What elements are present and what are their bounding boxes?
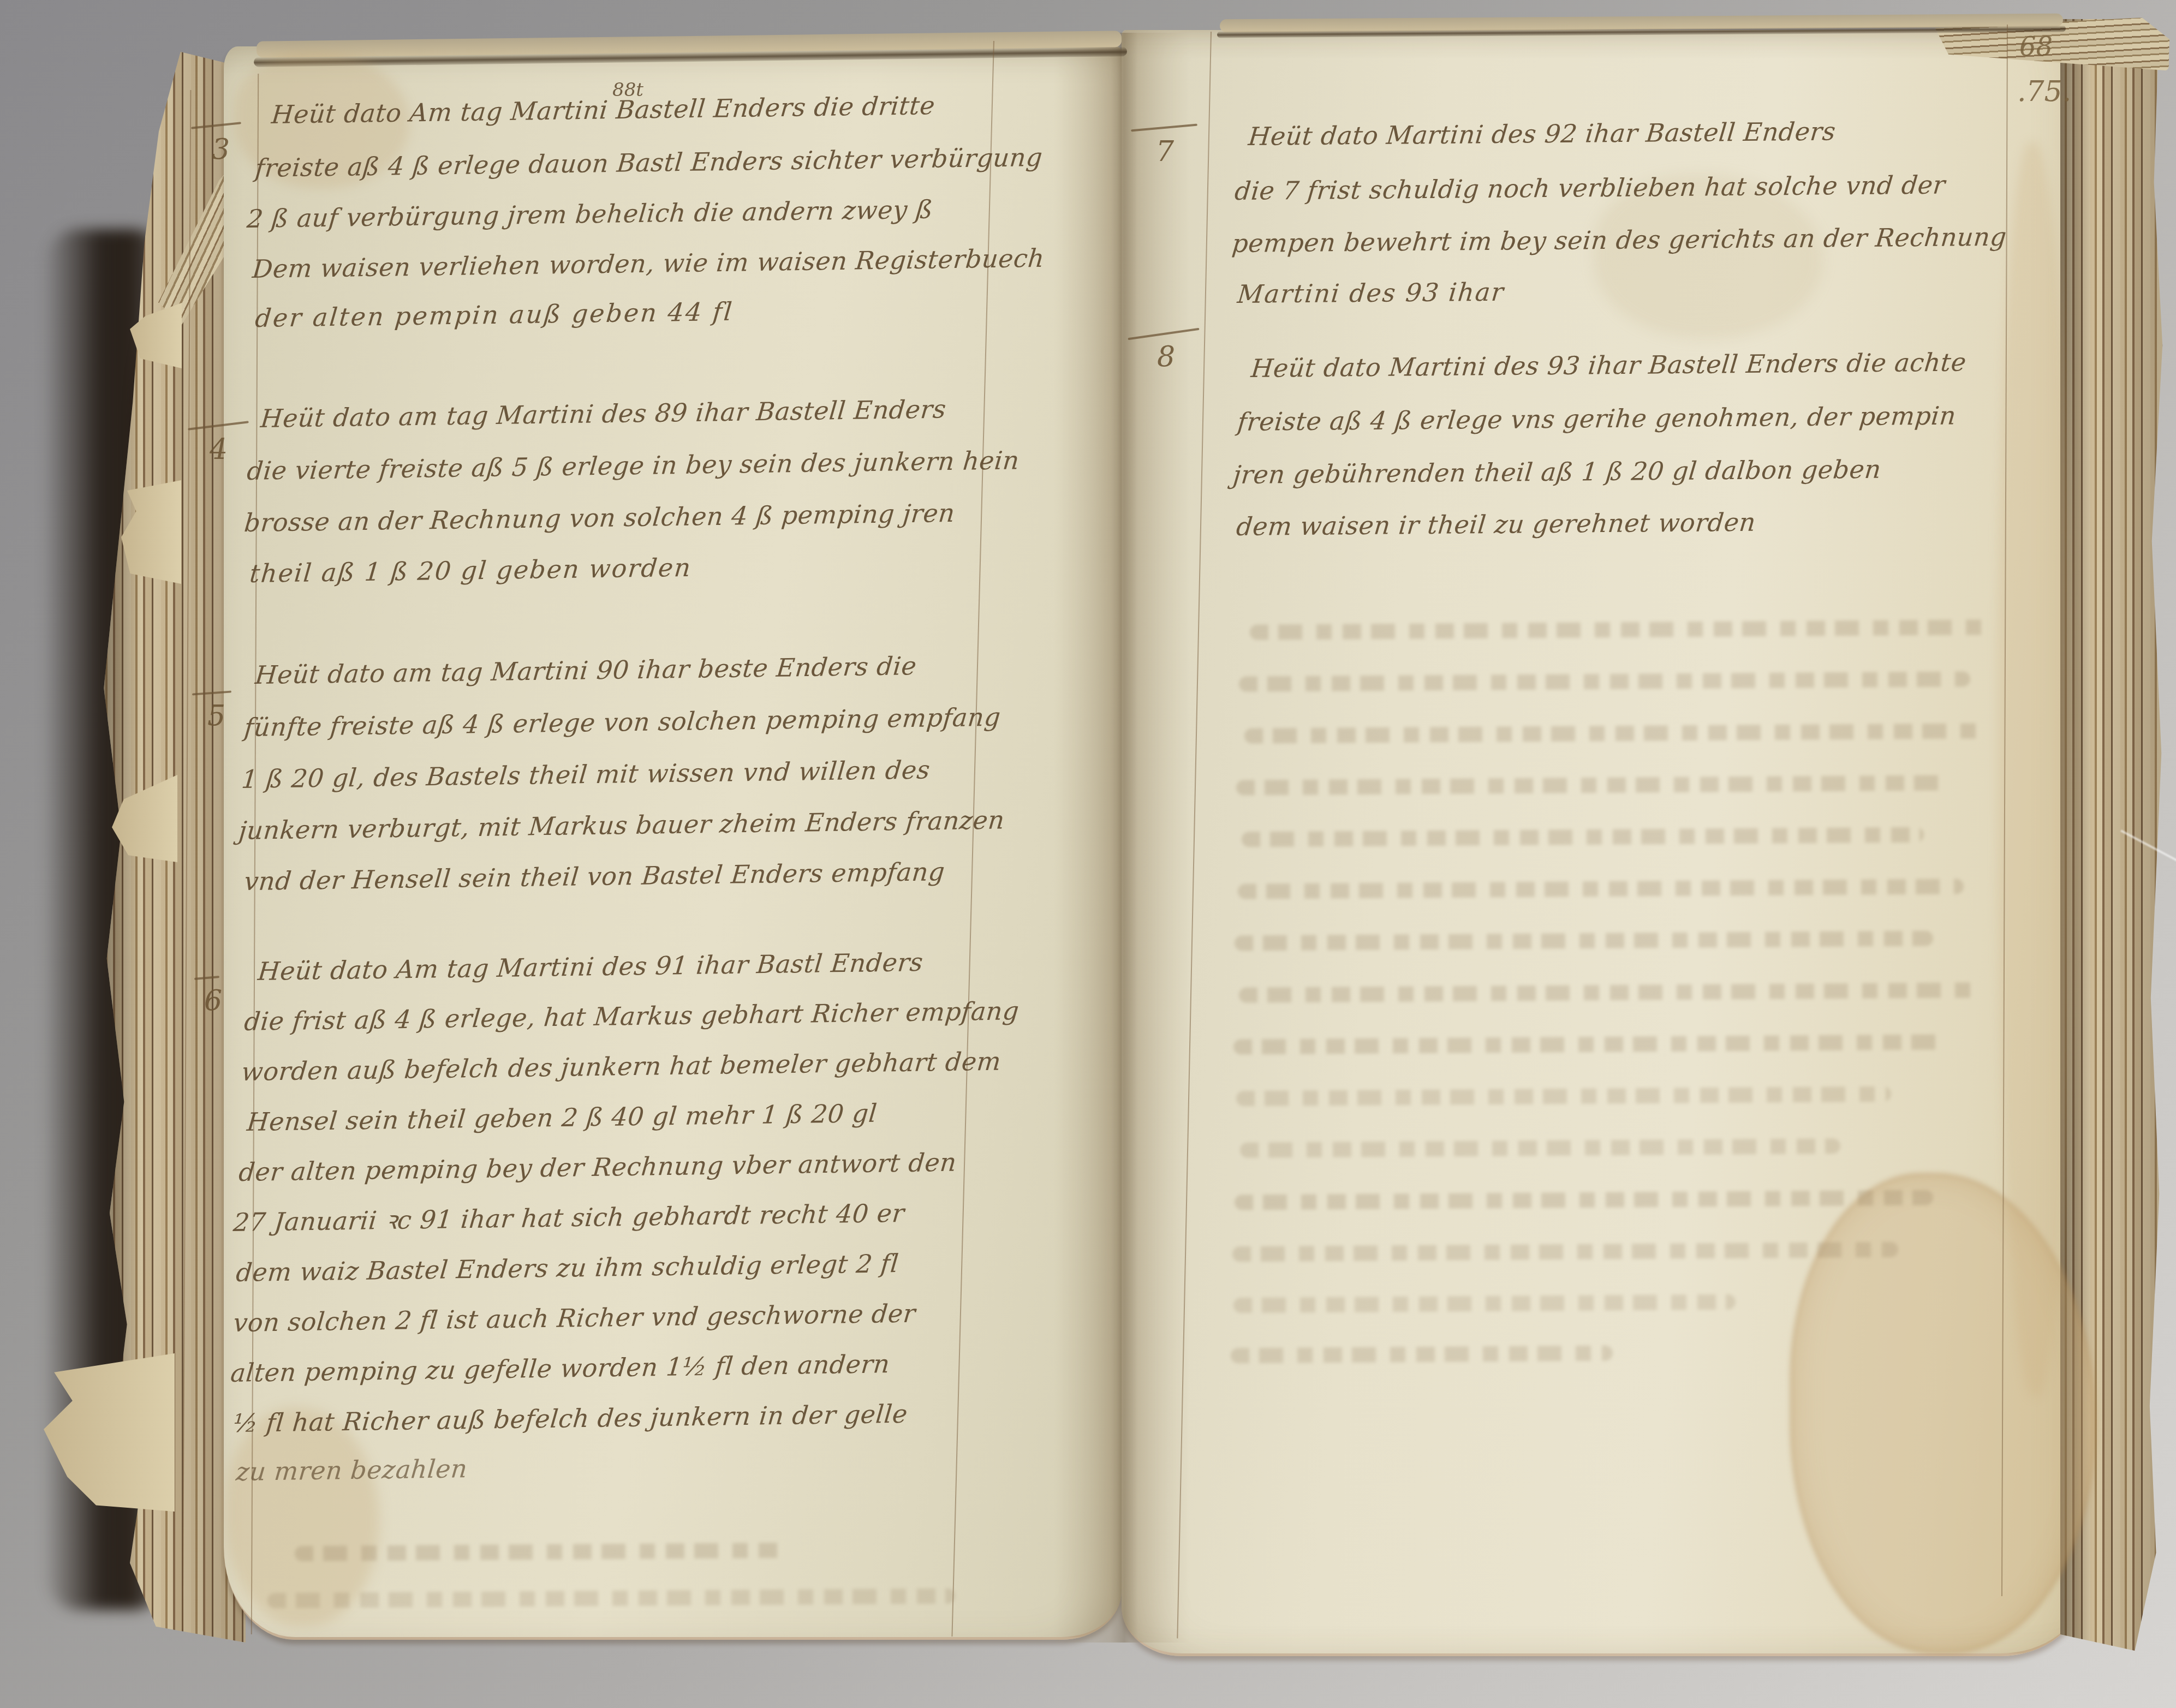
margin-number-3: 3 [212, 135, 230, 164]
entry-8-line: freiste aß 4 ß erlege vns gerihe genohme… [1236, 402, 1957, 436]
torn-page-tab [121, 480, 181, 584]
margin-number-5: 5 [207, 702, 225, 730]
folio-number: .75. [2017, 77, 2071, 106]
entry-4-line: theil aß 1 ß 20 gl geben worden [248, 554, 693, 588]
margin-number-6: 6 [204, 987, 222, 1015]
manuscript-photo: { "colors": { "background_gray": "#a8a7a… [0, 0, 2176, 1708]
margin-number-7: 7 [1156, 138, 1174, 166]
entry-8-line: dem waisen ir theil zu gerehnet worden [1235, 509, 1757, 541]
entry-6-line: zu mren bezahlen [235, 1455, 468, 1485]
entry-7-line: Heüt dato Martini des 92 ihar Bastell En… [1247, 118, 1837, 151]
entry-8-line: Heüt dato Martini des 93 ihar Bastell En… [1250, 349, 1968, 383]
gutter-shading [1053, 33, 1190, 1643]
entry-3-line: der alten pempin auß geben 44 fl [254, 298, 735, 332]
entry-7-line: die 7 frist schuldig noch verblieben hat… [1233, 171, 1947, 205]
bleedthrough-line [1231, 1346, 1613, 1364]
folio-number-old: 68 [2019, 34, 2053, 60]
entry-8-line: jren gebührenden theil aß 1 ß 20 gl dalb… [1232, 456, 1882, 489]
margin-number-8: 8 [1157, 343, 1175, 371]
entry-7-line: pempen bewehrt im bey sein des gerichts … [1231, 223, 2008, 258]
margin-number-4: 4 [210, 435, 228, 464]
entry-7-line: Martini des 93 ihar [1236, 278, 1506, 308]
